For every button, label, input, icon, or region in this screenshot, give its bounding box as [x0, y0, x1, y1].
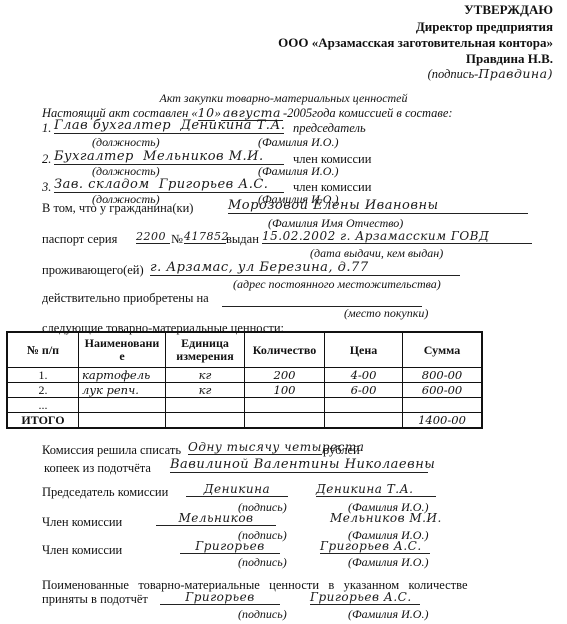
- member-name: Григорьев А.С.: [159, 177, 269, 192]
- currency-label: рублей: [323, 443, 360, 458]
- signature-handwritten: Мельников: [156, 511, 276, 526]
- acceptance-label: приняты в подотчёт: [42, 592, 148, 607]
- signature-label: (подпись-: [428, 67, 479, 81]
- name-caption: (Фамилия И.О.): [348, 607, 428, 622]
- approver-signature: (подпись-Правдина): [428, 66, 553, 82]
- cell-empty: [325, 413, 403, 429]
- header-unit: Единица измерения: [166, 332, 245, 368]
- name-caption: (Фамилия И.О.): [258, 135, 338, 150]
- signature-handwritten: Деникина: [186, 482, 288, 497]
- amount-in-words: Одну тысячу четыреста: [188, 440, 322, 455]
- signature-handwritten: Григорьев: [180, 539, 280, 554]
- member-position: Бухгалтер: [54, 149, 134, 164]
- member-number: 3.: [42, 180, 51, 195]
- residence-label: проживающего(ей): [42, 263, 144, 278]
- cell-sum: 800-00: [403, 368, 483, 383]
- cell-price: [325, 398, 403, 413]
- acquired-label: действительно приобретены на: [42, 291, 209, 306]
- cell-item: лук репч.: [79, 383, 166, 398]
- table-header-row: № п/п Наименовани е Единица измерения Ко…: [7, 332, 482, 368]
- signature-caption: (подпись): [238, 607, 287, 622]
- signature-role: Председатель комиссии: [42, 485, 168, 500]
- header-quantity: Количество: [245, 332, 325, 368]
- member-position: Глав бухгалтер: [54, 118, 171, 133]
- member-role: председатель: [293, 121, 366, 136]
- signature-role: Член комиссии: [42, 515, 122, 530]
- passport-number-label: №: [171, 232, 183, 247]
- cell-price: 4-00: [325, 368, 403, 383]
- signature-name: Деникина Т.А.: [316, 482, 436, 497]
- cell-number: ...: [7, 398, 79, 413]
- table-row: 1. картофель кг 200 4-00 800-00: [7, 368, 482, 383]
- signature-name: Григорьев А.С.: [320, 539, 430, 554]
- cell-item: картофель: [79, 368, 166, 383]
- cell-number: 2.: [7, 383, 79, 398]
- header-sum: Сумма: [403, 332, 483, 368]
- cell-unit: [166, 398, 245, 413]
- cell-item: [79, 398, 166, 413]
- table-total-row: ИТОГО 1400-00: [7, 413, 482, 429]
- signature-name: Мельников М.И.: [330, 511, 442, 525]
- member-1-line: Глав бухгалтер Деникина Т.А.: [54, 118, 284, 134]
- intro-suffix: 2005года комиссией в составе:: [287, 106, 452, 120]
- cell-quantity: [245, 398, 325, 413]
- approve-heading: УТВЕРЖДАЮ: [464, 2, 553, 18]
- purchase-place-caption: (место покупки): [344, 306, 428, 321]
- passport-series-label: паспорт серия: [42, 232, 117, 247]
- citizen-label: В том, что у гражданина(ки): [42, 201, 193, 216]
- signature-handwritten: Правдина): [478, 66, 553, 81]
- member-number: 1.: [42, 121, 51, 136]
- signature-caption: (подпись): [238, 555, 287, 570]
- citizen-address: г. Арзамас, ул Березина, д.77: [150, 260, 460, 276]
- issue-caption: (дата выдачи, кем выдан): [310, 246, 443, 261]
- document-title: Акт закупки товарно-материальных ценност…: [0, 91, 567, 106]
- cell-sum: [403, 398, 483, 413]
- accountable-person: Вавилиной Валентины Николаевны: [170, 457, 428, 473]
- cell-empty: [245, 413, 325, 429]
- header-name: Наименовани е: [79, 332, 166, 368]
- approver-name: Правдина Н.В.: [466, 51, 553, 67]
- member-3-line: Зав. складом Григорьев А.С.: [54, 177, 284, 193]
- acceptance-name: Григорьев А.С.: [310, 590, 420, 605]
- total-sum: 1400-00: [403, 413, 483, 429]
- passport-series: 2200: [136, 230, 170, 244]
- name-caption: (Фамилия И.О.): [348, 555, 428, 570]
- cell-quantity: 200: [245, 368, 325, 383]
- cell-empty: [79, 413, 166, 429]
- kopeks-label: копеек из подотчёта: [44, 461, 151, 476]
- passport-number: 417852: [184, 230, 226, 244]
- purchase-place-field: [222, 291, 422, 307]
- member-position: Зав. складом: [54, 177, 150, 192]
- citizen-name: Морозовой Елены Ивановны: [228, 198, 528, 214]
- goods-table: № п/п Наименовани е Единица измерения Ко…: [6, 331, 483, 429]
- position-caption: (должность): [92, 135, 160, 150]
- cell-empty: [166, 413, 245, 429]
- address-caption: (адрес постоянного местожительства): [233, 277, 441, 292]
- header-price: Цена: [325, 332, 403, 368]
- approver-position: Директор предприятия: [416, 19, 553, 35]
- issued-label: выдан: [226, 232, 259, 247]
- signature-role: Член комиссии: [42, 543, 122, 558]
- member-name: Мельников М.И.: [143, 149, 264, 164]
- cell-unit: кг: [166, 383, 245, 398]
- header-number: № п/п: [7, 332, 79, 368]
- table-row: ...: [7, 398, 482, 413]
- cell-price: 6-00: [325, 383, 403, 398]
- member-number: 2.: [42, 152, 51, 167]
- decision-label: Комиссия решила списать: [42, 443, 181, 458]
- acceptance-statement: Поименованные товарно-материальные ценно…: [42, 578, 525, 593]
- cell-unit: кг: [166, 368, 245, 383]
- total-label: ИТОГО: [7, 413, 79, 429]
- cell-number: 1.: [7, 368, 79, 383]
- cell-sum: 600-00: [403, 383, 483, 398]
- member-2-line: Бухгалтер Мельников М.И.: [54, 149, 284, 165]
- table-row: 2. лук репч. кг 100 6-00 600-00: [7, 383, 482, 398]
- passport-issued: 15.02.2002 г. Арзамасским ГОВД: [262, 229, 532, 244]
- member-name: Деникина Т.А.: [180, 118, 285, 133]
- acceptance-signature: Григорьев: [160, 590, 280, 605]
- cell-quantity: 100: [245, 383, 325, 398]
- approver-organization: ООО «Арзамасская заготовительная контора…: [278, 35, 553, 51]
